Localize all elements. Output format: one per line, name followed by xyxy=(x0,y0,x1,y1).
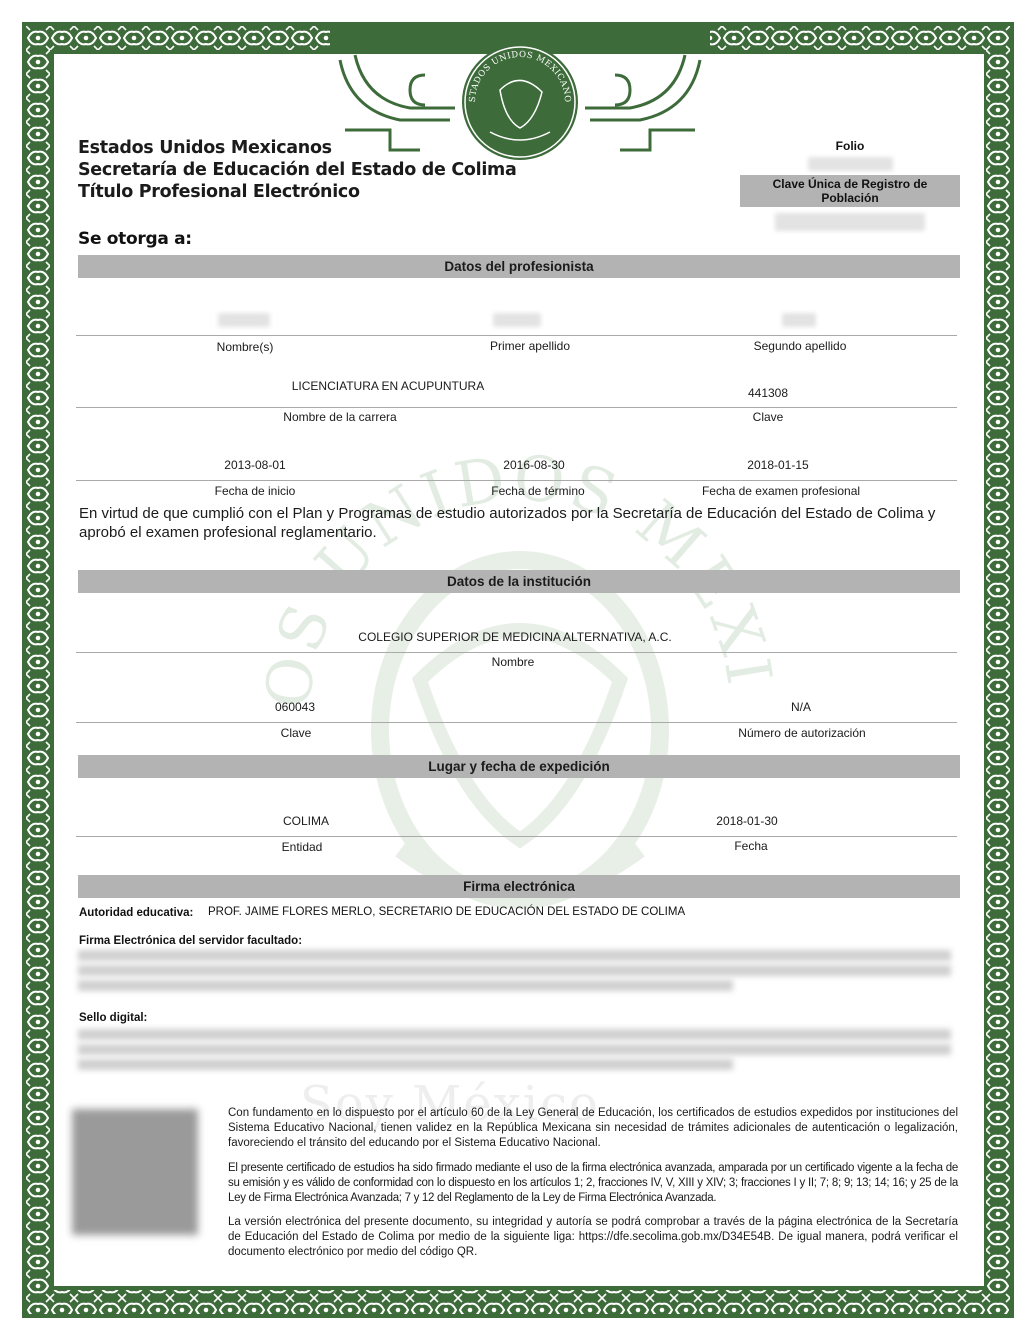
folio-curp-block: Folio Clave Única de Registro de Poblaci… xyxy=(740,139,960,231)
section-firma: Firma electrónica xyxy=(78,875,960,898)
granted-to-label: Se otorga a: xyxy=(78,229,192,249)
fecha-examen-label: Fecha de examen profesional xyxy=(681,484,881,498)
fecha-termino-value: 2016-08-30 xyxy=(464,458,604,472)
sello-digital-label: Sello digital: xyxy=(79,1012,147,1024)
carrera-clave-label: Clave xyxy=(718,410,818,424)
section-profesionista: Datos del profesionista xyxy=(78,255,960,278)
folio-label: Folio xyxy=(740,139,960,153)
header-secretariat: Secretaría de Educación del Estado de Co… xyxy=(78,159,516,181)
primer-apellido-label: Primer apellido xyxy=(430,339,630,353)
folio-value-redacted xyxy=(808,157,893,171)
section-institucion: Datos de la institución xyxy=(78,570,960,593)
institucion-clave-value: 060043 xyxy=(245,700,345,714)
legal-text-3: La versión electrónica del presente docu… xyxy=(228,1215,958,1260)
legal-text-2: El presente certificado de estudios ha s… xyxy=(228,1161,958,1206)
nombre-label: Nombre(s) xyxy=(145,340,345,354)
entidad-value: COLIMA xyxy=(256,814,356,828)
fecha-inicio-label: Fecha de inicio xyxy=(175,484,335,498)
carrera-clave-value: 441308 xyxy=(718,386,818,400)
carrera-label: Nombre de la carrera xyxy=(240,410,440,424)
fecha-expedicion-value: 2018-01-30 xyxy=(697,814,797,828)
divider xyxy=(76,335,957,336)
institucion-clave-label: Clave xyxy=(246,726,346,740)
nombre-value-redacted xyxy=(218,313,270,327)
sello-digital-value-redacted xyxy=(78,1029,951,1073)
curp-label: Clave Única de Registro de Población xyxy=(740,175,960,207)
carrera-value: LICENCIATURA EN ACUPUNTURA xyxy=(238,379,538,393)
entidad-label: Entidad xyxy=(252,840,352,854)
fecha-inicio-value: 2013-08-01 xyxy=(185,458,325,472)
firma-servidor-label: Firma Electrónica del servidor facultado… xyxy=(79,935,302,947)
header-document-type: Título Profesional Electrónico xyxy=(78,181,516,203)
autoridad-value: PROF. JAIME FLORES MERLO, SECRETARIO DE … xyxy=(208,906,685,918)
institucion-nombre-label: Nombre xyxy=(463,655,563,669)
firma-servidor-value-redacted xyxy=(78,950,951,994)
autoridad-label: Autoridad educativa: xyxy=(79,907,193,919)
curp-value-redacted xyxy=(775,213,925,231)
fecha-termino-label: Fecha de término xyxy=(458,484,618,498)
qr-code-icon[interactable] xyxy=(72,1109,198,1235)
divider xyxy=(76,407,957,408)
institucion-nombre-value: COLEGIO SUPERIOR DE MEDICINA ALTERNATIVA… xyxy=(315,630,715,644)
header-country: Estados Unidos Mexicanos xyxy=(78,137,516,159)
divider xyxy=(76,722,957,723)
declaration-text: En virtud de que cumplió con el Plan y P… xyxy=(79,504,939,542)
divider xyxy=(76,836,957,837)
numero-autorizacion-value: N/A xyxy=(751,700,851,714)
segundo-apellido-value-redacted xyxy=(782,313,816,327)
numero-autorizacion-label: Número de autorización xyxy=(702,726,902,740)
legal-text-1: Con fundamento en lo dispuesto por el ar… xyxy=(228,1106,958,1151)
fecha-examen-value: 2018-01-15 xyxy=(708,458,848,472)
divider xyxy=(76,480,957,481)
divider xyxy=(76,652,957,653)
segundo-apellido-label: Segundo apellido xyxy=(700,339,900,353)
section-expedicion: Lugar y fecha de expedición xyxy=(78,755,960,778)
primer-apellido-value-redacted xyxy=(493,313,541,327)
document-header: Estados Unidos Mexicanos Secretaría de E… xyxy=(78,137,516,203)
fecha-expedicion-label: Fecha xyxy=(701,839,801,853)
